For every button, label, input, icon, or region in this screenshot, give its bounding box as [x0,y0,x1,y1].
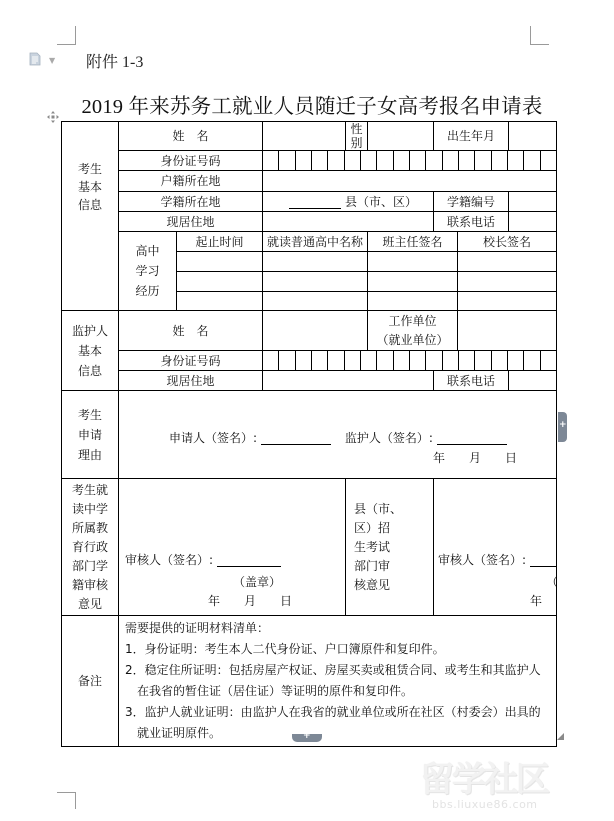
guardian-phone-label: 联系电话 [434,371,509,391]
county-dept-review-label: 县（市、 区）招 生考试 部门审 核意见 [346,479,434,616]
page-title: 2019 年来苏务工就业人员随迁子女高考报名申请表 [0,89,614,119]
id-digit-cell[interactable] [394,151,410,170]
id-digit-cell[interactable] [263,151,279,170]
reviewer-signature-label: 审核人（签名）: [438,553,526,567]
history-header-school: 就读普通高中名称 [263,232,368,252]
plus-icon: + [303,731,311,741]
school-registration-label: 学籍所在地 [119,192,263,212]
history-header-period: 起止时间 [177,232,263,252]
history-header-principal: 校长签名 [458,232,557,252]
history-school-cell[interactable] [263,252,368,272]
notes-item: 1．身份证明：考生本人二代身份证、户口簿原件和复印件。 [125,639,552,660]
history-label: 高中 学习 经历 [119,232,177,311]
review-date: 年 月 日 [530,594,557,608]
county-text: 县（市、区） [345,195,417,209]
notes-section-label: 备注 [62,616,119,747]
notes-item: 3．监护人就业证明：由监护人在我省的就业单位或所在社区（村委会）出具的就业证明原… [125,702,552,744]
review-date: 年 月 日 [208,594,292,608]
student-name-field[interactable] [263,122,346,151]
id-digit-cell[interactable] [443,351,459,370]
student-name-label: 姓 名 [119,122,263,151]
id-digit-cell[interactable] [345,151,361,170]
reason-date: 年 月 日 [433,451,517,465]
id-digit-cell[interactable] [475,151,491,170]
guardian-name-field[interactable] [263,311,368,351]
history-teacher-cell[interactable] [368,272,458,292]
history-period-cell[interactable] [177,292,263,311]
id-digit-cell[interactable] [475,351,491,370]
id-digit-cell[interactable] [377,351,393,370]
id-digit-cell[interactable] [263,351,279,370]
student-phone-label: 联系电话 [434,212,509,232]
history-teacher-cell[interactable] [368,292,458,311]
guardian-signature-label: 监护人（签名）: [345,431,433,445]
guardian-residence-field[interactable] [263,371,434,391]
id-digit-cell[interactable] [492,351,508,370]
id-digit-cell[interactable] [524,351,540,370]
guardian-id-field[interactable] [263,351,557,371]
student-section-label: 考生 基本 信息 [62,122,119,311]
dropdown-arrow-icon[interactable]: ▼ [49,56,55,65]
reviewer-signature-label: 审核人（签名）: [125,553,213,567]
county-blank[interactable] [289,196,341,209]
watermark-logo: 留学社区 [420,752,548,801]
history-principal-cell[interactable] [458,252,557,272]
history-principal-cell[interactable] [458,292,557,311]
reason-signatures: 申请人（签名）: 监护人（签名）: [169,431,511,445]
id-digit-cell[interactable] [361,351,377,370]
document-icon[interactable] [28,52,42,66]
add-row-button[interactable]: + [292,734,322,742]
county-dept-review-field[interactable]: 审核人（签名）: （盖章） 年 月 日 [434,479,557,616]
guardian-section-label: 监护人 基本 信息 [62,311,119,391]
guardian-signature-line[interactable] [437,432,507,445]
id-digit-cell[interactable] [426,151,442,170]
school-dept-review-field[interactable]: 审核人（签名）: （盖章） 年 月 日 [119,479,346,616]
reason-field[interactable]: 申请人（签名）: 监护人（签名）: 年 月 日 [119,391,557,479]
id-digit-cell[interactable] [410,351,426,370]
school-id-field[interactable] [509,192,557,212]
id-digit-cell[interactable] [296,351,312,370]
id-digit-cell[interactable] [508,151,524,170]
guardian-name-label: 姓 名 [119,311,263,351]
seal-label: （盖章） [233,575,281,589]
history-principal-cell[interactable] [458,272,557,292]
margin-mark-top-left [57,26,76,45]
hukou-field[interactable] [263,171,557,192]
reason-section-label: 考生 申请 理由 [62,391,119,479]
id-digit-cell[interactable] [312,151,328,170]
id-digit-cell[interactable] [279,351,295,370]
plus-icon: + [559,420,567,430]
reviewer-signature-line[interactable] [217,554,281,567]
student-phone-field[interactable] [509,212,557,232]
id-digit-cell[interactable] [459,351,475,370]
hukou-label: 户籍所在地 [119,171,263,192]
resize-handle-icon[interactable] [557,733,564,740]
id-digit-cell[interactable] [312,351,328,370]
id-digit-cell[interactable] [508,351,524,370]
attachment-label: 附件 1-3 [86,49,143,72]
student-id-field[interactable] [263,151,557,171]
id-digit-cell[interactable] [394,351,410,370]
history-period-cell[interactable] [177,252,263,272]
margin-mark-top-right [530,26,549,45]
table-move-handle-icon[interactable] [47,111,59,123]
gender-label: 性别 [346,122,368,151]
history-school-cell[interactable] [263,292,368,311]
id-digit-cell[interactable] [361,151,377,170]
birth-label: 出生年月 [434,122,509,151]
guardian-phone-field[interactable] [509,371,557,391]
student-id-label: 身份证号码 [119,151,263,171]
work-unit-field[interactable] [458,311,557,351]
birth-field[interactable] [509,122,557,151]
application-form-table: 考生 基本 信息 姓 名 性别 出生年月 身份证号码 户籍所在地 学籍所在地 县… [61,121,557,747]
id-digit-cell[interactable] [459,151,475,170]
reviewer-signature-line[interactable] [530,554,556,567]
id-digit-cell[interactable] [377,151,393,170]
guardian-residence-label: 现居住地 [119,371,263,391]
id-digit-cell[interactable] [524,151,540,170]
seal-label: （盖章） [546,575,557,589]
watermark-url: bbs.liuxue86.com [432,798,538,811]
gender-field[interactable] [368,122,434,151]
school-id-label: 学籍编号 [434,192,509,212]
id-digit-cell[interactable] [279,151,295,170]
id-digit-cell[interactable] [492,151,508,170]
id-digit-cell[interactable] [541,151,556,170]
guardian-id-label: 身份证号码 [119,351,263,371]
id-digit-cell[interactable] [541,351,556,370]
notes-heading: 需要提供的证明材料清单： [125,618,552,639]
id-digit-cell[interactable] [296,151,312,170]
residence-field[interactable] [263,212,434,232]
id-digit-cell[interactable] [345,351,361,370]
id-digit-cell[interactable] [443,151,459,170]
id-digit-cell[interactable] [328,351,344,370]
history-header-teacher: 班主任签名 [368,232,458,252]
history-period-cell[interactable] [177,272,263,292]
add-column-button[interactable]: + [558,412,567,442]
applicant-signature-label: 申请人（签名）: [169,431,257,445]
id-digit-cell[interactable] [410,151,426,170]
notes-item: 2．稳定住所证明：包括房屋产权证、房屋买卖或租赁合同、或考生和其监护人在我省的暂… [125,660,552,702]
history-school-cell[interactable] [263,272,368,292]
id-digit-cell[interactable] [328,151,344,170]
notes-content: 需要提供的证明材料清单： 1．身份证明：考生本人二代身份证、户口簿原件和复印件。… [119,616,557,747]
school-dept-review-label: 考生就 读中学 所属教 育行政 部门学 籍审核 意见 [62,479,119,616]
school-registration-field[interactable]: 县（市、区） [263,192,434,212]
history-teacher-cell[interactable] [368,252,458,272]
margin-mark-bottom-left [57,792,76,809]
applicant-signature-line[interactable] [261,432,331,445]
id-digit-cell[interactable] [426,351,442,370]
residence-label: 现居住地 [119,212,263,232]
work-unit-label: 工作单位 （就业单位） [368,311,458,351]
